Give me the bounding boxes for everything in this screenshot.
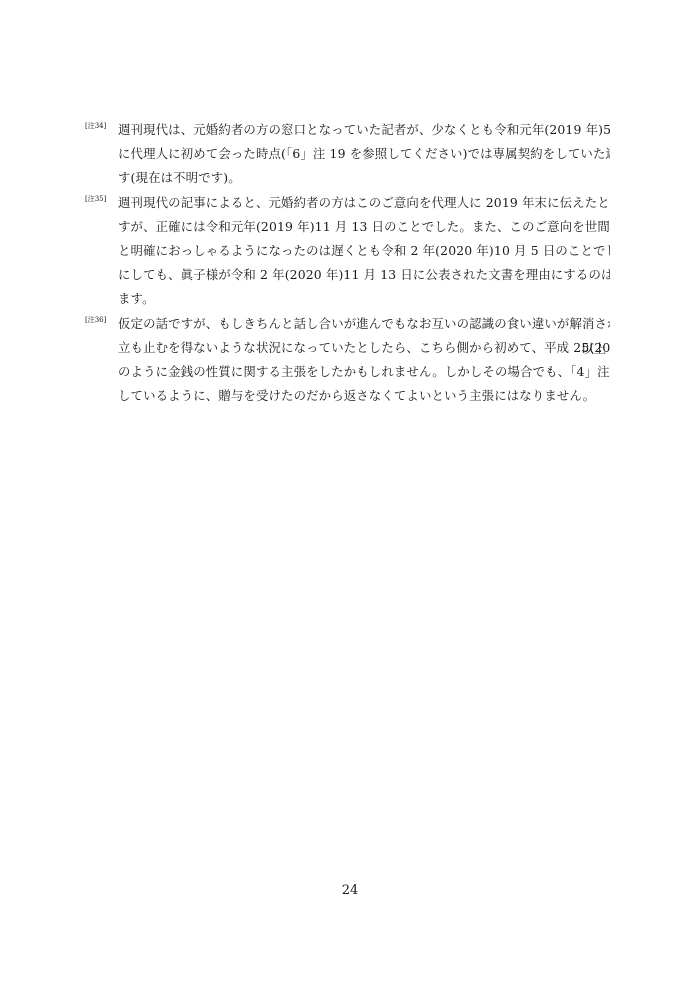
footnotes-section: [注34] 週刊現代は、元婚約者の方の窓口となっていた記者が、少なくとも令和元年… — [86, 118, 610, 408]
footnote-marker: [注34] — [85, 114, 106, 138]
closing-mark: 以上 — [581, 339, 606, 357]
footnote-line: 仮定の話ですが、もしきちんと話し合いが進んでもなお互いの認識の食い違いが解消され… — [118, 312, 610, 336]
footnote-line: 週刊現代の記事によると、元婚約者の方はこのご意向を代理人に 2019 年末に伝え… — [118, 191, 610, 215]
footnote-36: [注36] 仮定の話ですが、もしきちんと話し合いが進んでもなお互いの認識の食い違… — [86, 312, 610, 409]
footnote-line: ます。 — [118, 287, 610, 311]
footnote-marker: [注35] — [85, 187, 106, 211]
footnote-line: と明確におっしゃるようになったのは遅くとも令和 2 年(2020 年)10 月 … — [118, 239, 610, 263]
footnote-line: しているように、贈与を受けたのだから返さなくてよいという主張にはなりません。 — [118, 384, 610, 408]
footnote-35: [注35] 週刊現代の記事によると、元婚約者の方はこのご意向を代理人に 2019… — [86, 191, 610, 312]
footnote-line: に代理人に初めて会った時点(「6」注 19 を参照してください)では専属契約をし… — [118, 142, 610, 166]
footnote-line: 週刊現代は、元婚約者の方の窓口となっていた記者が、少なくとも令和元年(2019 … — [118, 118, 610, 142]
footnote-34: [注34] 週刊現代は、元婚約者の方の窓口となっていた記者が、少なくとも令和元年… — [86, 118, 610, 191]
footnote-marker: [注36] — [85, 308, 106, 332]
footnote-line: にしても、眞子様が令和 2 年(2020 年)11 月 13 日に公表された文書… — [118, 263, 610, 287]
footnote-line: のように金銭の性質に関する主張をしたかもしれません。しかしその場合でも、「4」注… — [118, 360, 610, 384]
page-number: 24 — [0, 883, 700, 898]
footnote-line: 立も止むを得ないような状況になっていたとしたら、こちら側から初めて、平成 25(… — [118, 336, 610, 360]
footnote-line: すが、正確には令和元年(2019 年)11 月 13 日のことでした。また、この… — [118, 215, 610, 239]
document-page: [注34] 週刊現代は、元婚約者の方の窓口となっていた記者が、少なくとも令和元年… — [0, 0, 700, 989]
footnote-line: す(現在は不明です)。 — [118, 166, 610, 190]
